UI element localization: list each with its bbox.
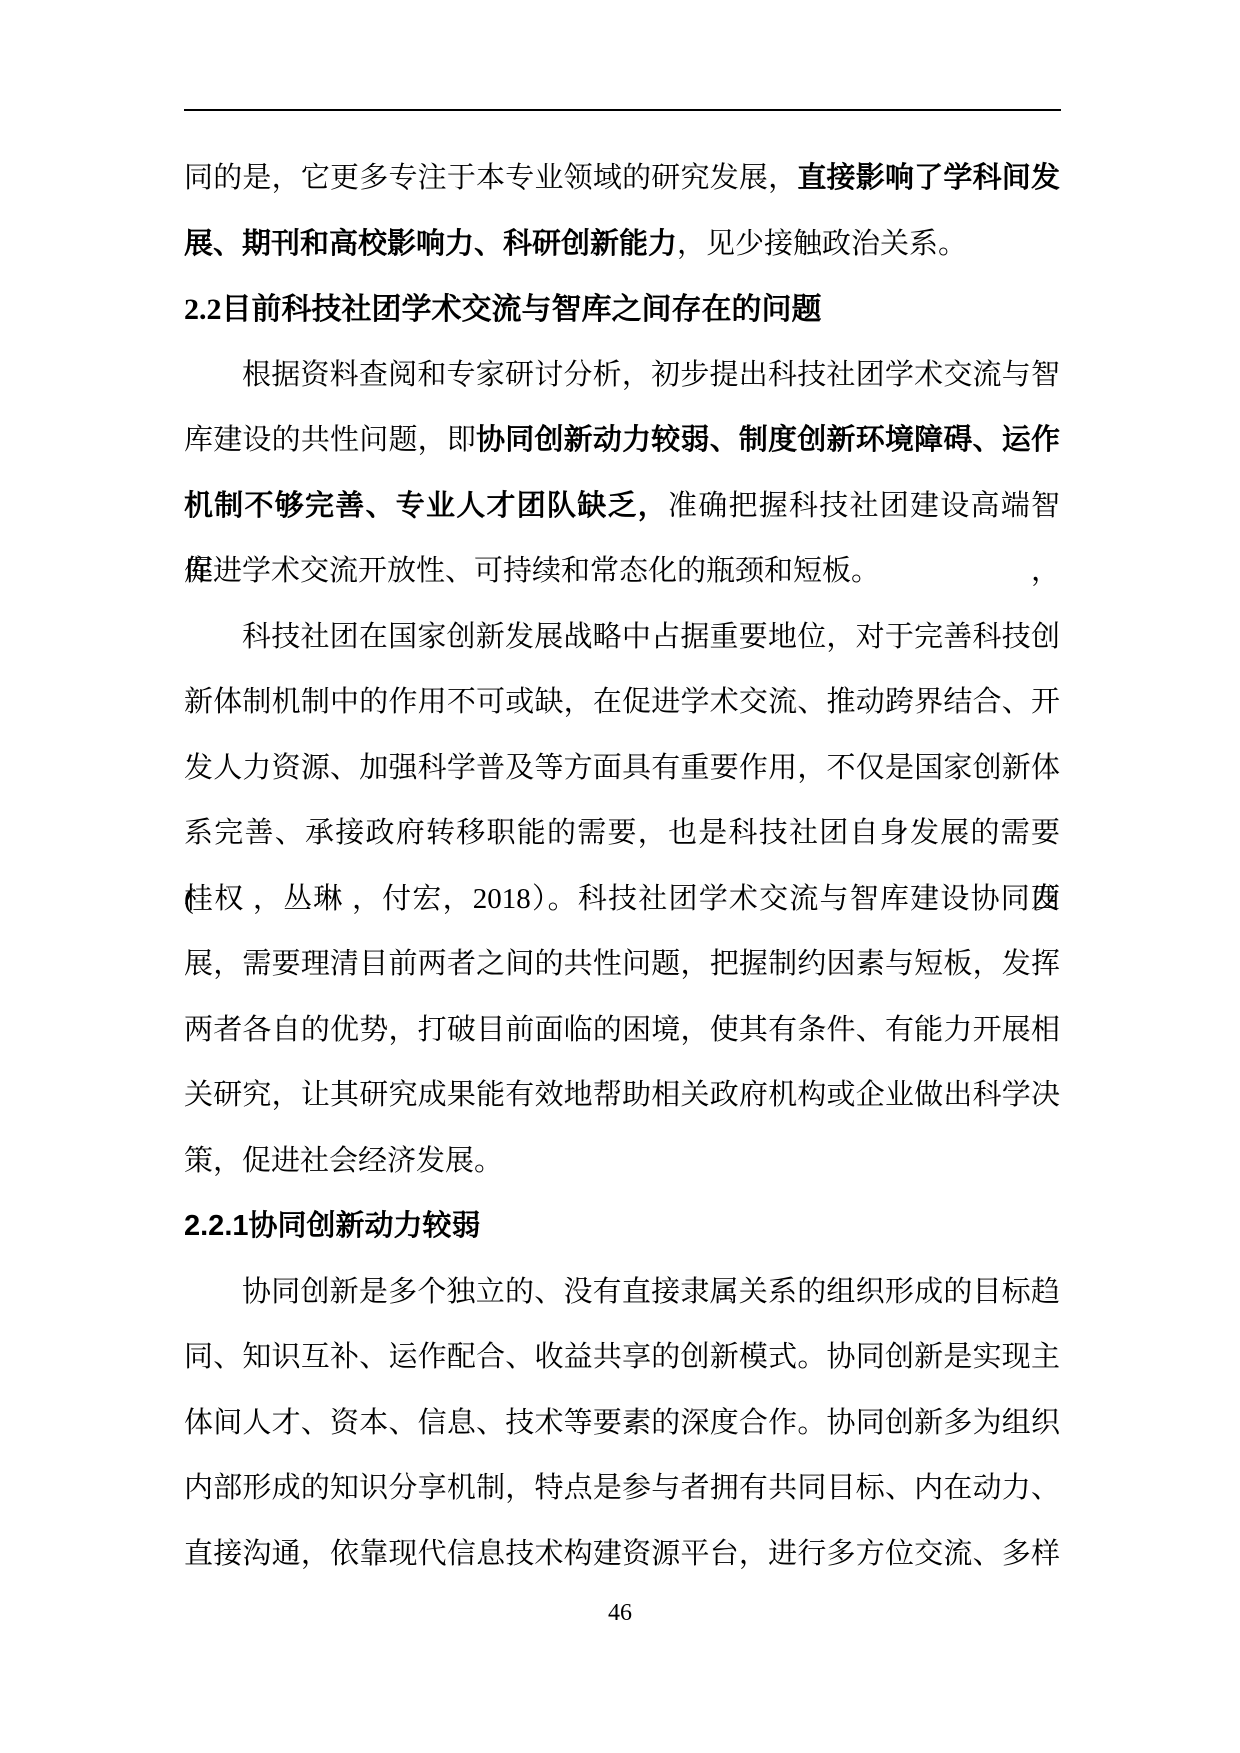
text-run: 关研究，让其研究成果能有效地帮助相关政府机构或企业做出科学决: [184, 1079, 1060, 1111]
text-run: 内部形成的知识分享机制，特点是参与者拥有共同目标、内在动力、: [184, 1472, 1060, 1504]
text-line: 关研究，让其研究成果能有效地帮助相关政府机构或企业做出科学决: [184, 1063, 1060, 1129]
text-line: 展、期刊和高校影响力、科研创新能力，见少接触政治关系。: [184, 212, 1060, 278]
bold-text-run: 2.2.1协同创新动力较弱: [184, 1210, 481, 1242]
text-run: 直接沟通，依靠现代信息技术构建资源平台，进行多方位交流、多样: [184, 1538, 1060, 1570]
text-run: 桂权 ，丛琳 ，付宏，2018）。科技社团学术交流与智库建设协同发: [184, 883, 1060, 915]
text-run: 根据资料查阅和专家研讨分析，初步提出科技社团学术交流与智: [242, 359, 1060, 391]
bold-text-run: 直接影响了学科间发: [797, 162, 1060, 194]
bold-text-run: 展、期刊和高校影响力、科研创新能力: [184, 228, 677, 260]
text-line: 库建设的共性问题，即协同创新动力较弱、制度创新环境障碍、运作: [184, 408, 1060, 474]
bold-text-run: 2.2目前科技社团学术交流与智库之间存在的问题: [184, 293, 822, 326]
text-run: 发人力资源、加强科学普及等方面具有重要作用，不仅是国家创新体: [184, 752, 1060, 784]
text-line: 机制不够完善、专业人才团队缺乏，准确把握科技社团建设高端智库，: [184, 474, 1060, 540]
text-line: 两者各自的优势，打破目前面临的困境，使其有条件、有能力开展相: [184, 998, 1060, 1064]
bold-text-run: 协同创新动力较弱、制度创新环境障碍、运作: [476, 424, 1060, 456]
text-line: 协同创新是多个独立的、没有直接隶属关系的组织形成的目标趋: [184, 1260, 1060, 1326]
text-line: 科技社团在国家创新发展战略中占据重要地位，对于完善科技创: [184, 605, 1060, 671]
text-run: 协同创新是多个独立的、没有直接隶属关系的组织形成的目标趋: [242, 1276, 1060, 1308]
text-run: 体间人才、资本、信息、技术等要素的深度合作。协同创新多为组织: [184, 1407, 1060, 1439]
text-line: 根据资料查阅和专家研讨分析，初步提出科技社团学术交流与智: [184, 343, 1060, 409]
text-line: 新体制机制中的作用不可或缺，在促进学术交流、推动跨界结合、开: [184, 670, 1060, 736]
text-run: 促进学术交流开放性、可持续和常态化的瓶颈和短板。: [184, 555, 880, 587]
page-number: 46: [0, 1598, 1240, 1628]
text-line: 展，需要理清目前两者之间的共性问题，把握制约因素与短板，发挥: [184, 932, 1060, 998]
text-line: 发人力资源、加强科学普及等方面具有重要作用，不仅是国家创新体: [184, 736, 1060, 802]
text-line: 直接沟通，依靠现代信息技术构建资源平台，进行多方位交流、多样: [184, 1522, 1060, 1588]
text-run: 同的是，它更多专注于本专业领域的研究发展，: [184, 162, 797, 194]
bold-text-run: 机制不够完善、专业人才团队缺乏，: [184, 490, 668, 522]
text-run: 库建设的共性问题，即: [184, 424, 476, 456]
page-content: 同的是，它更多专注于本专业领域的研究发展，直接影响了学科间发展、期刊和高校影响力…: [184, 146, 1060, 1587]
text-line: 系完善、承接政府转移职能的需要，也是科技社团自身发展的需要(西: [184, 801, 1060, 867]
text-run: ，见少接触政治关系。: [677, 228, 967, 260]
text-run: 展，需要理清目前两者之间的共性问题，把握制约因素与短板，发挥: [184, 948, 1060, 980]
text-run: 策，促进社会经济发展。: [184, 1145, 503, 1177]
text-line: 策，促进社会经济发展。: [184, 1129, 1060, 1195]
text-line: 体间人才、资本、信息、技术等要素的深度合作。协同创新多为组织: [184, 1391, 1060, 1457]
section-heading: 2.2目前科技社团学术交流与智库之间存在的问题: [184, 277, 1060, 343]
document-page: 同的是，它更多专注于本专业领域的研究发展，直接影响了学科间发展、期刊和高校影响力…: [0, 0, 1240, 1753]
header-rule: [184, 109, 1061, 111]
text-run: 科技社团在国家创新发展战略中占据重要地位，对于完善科技创: [242, 621, 1060, 653]
text-line: 同、知识互补、运作配合、收益共享的创新模式。协同创新是实现主: [184, 1325, 1060, 1391]
text-line: 同的是，它更多专注于本专业领域的研究发展，直接影响了学科间发: [184, 146, 1060, 212]
text-run: 新体制机制中的作用不可或缺，在促进学术交流、推动跨界结合、开: [184, 686, 1060, 718]
text-line: 内部形成的知识分享机制，特点是参与者拥有共同目标、内在动力、: [184, 1456, 1060, 1522]
section-heading: 2.2.1协同创新动力较弱: [184, 1194, 1060, 1260]
text-line: 桂权 ，丛琳 ，付宏，2018）。科技社团学术交流与智库建设协同发: [184, 867, 1060, 933]
text-run: 两者各自的优势，打破目前面临的困境，使其有条件、有能力开展相: [184, 1014, 1060, 1046]
text-run: 同、知识互补、运作配合、收益共享的创新模式。协同创新是实现主: [184, 1341, 1060, 1373]
